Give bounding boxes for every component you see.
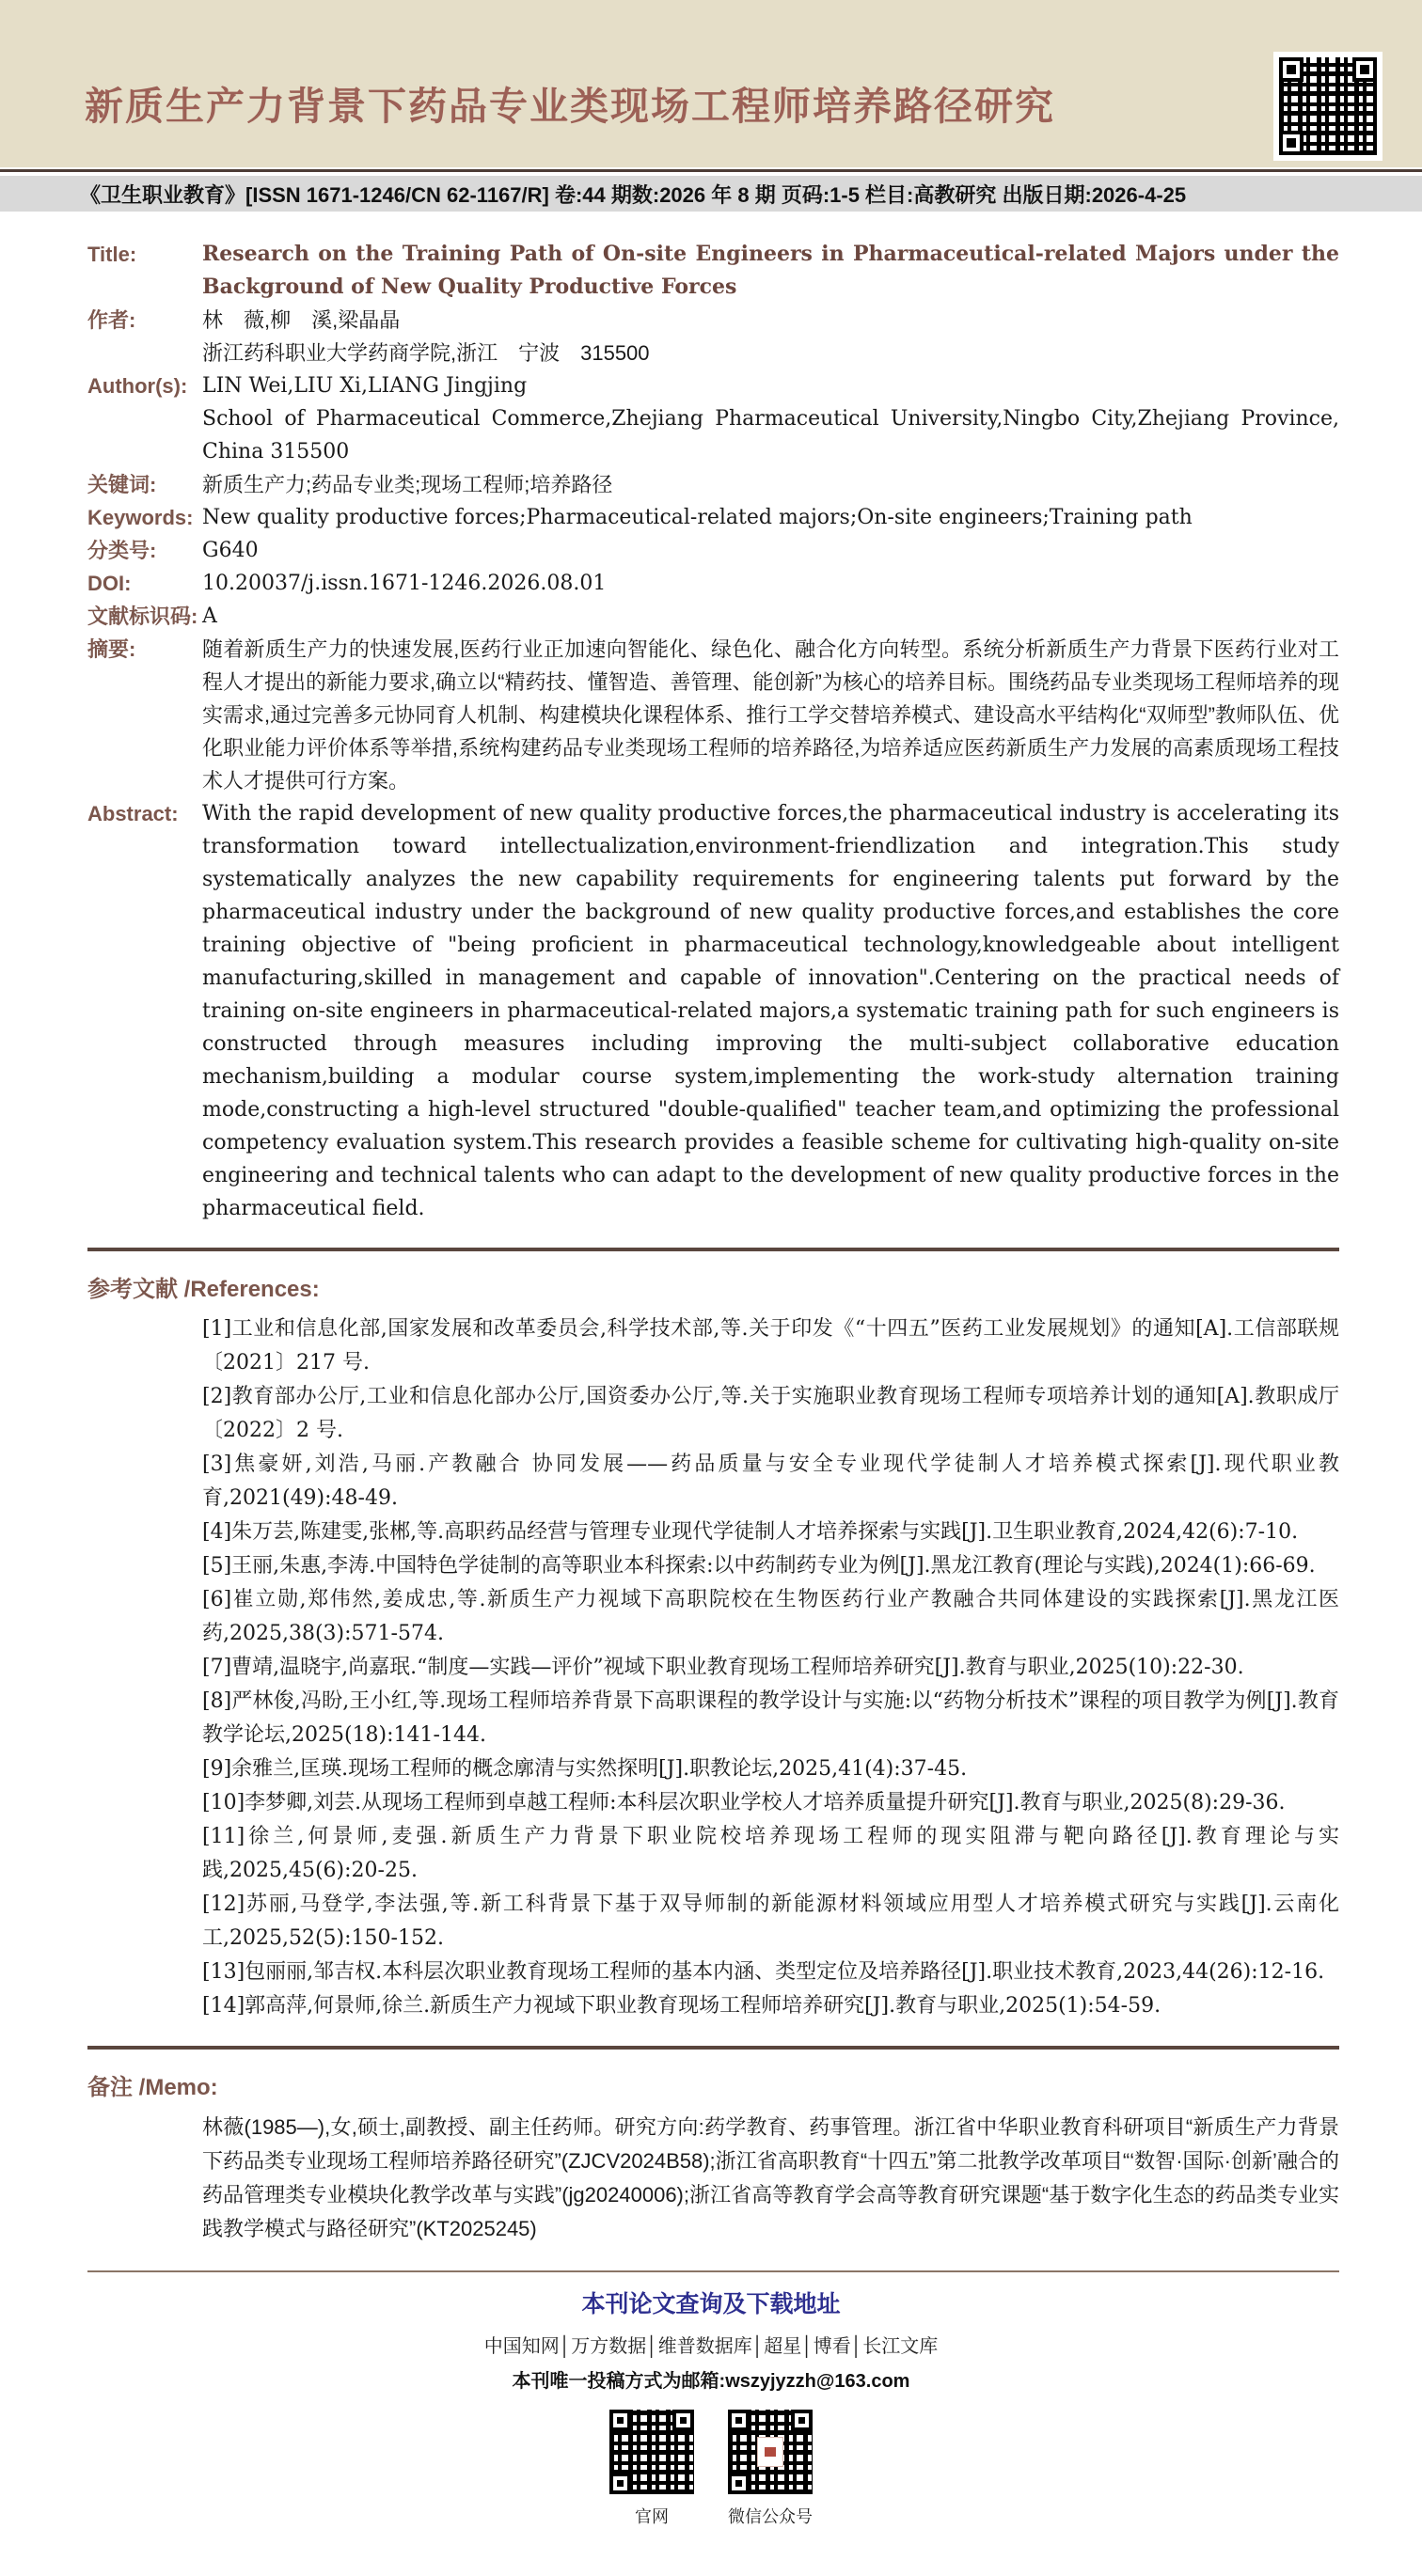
reference-item: [13]包丽丽,邹吉权.本科层次职业教育现场工程师的基本内涵、类型定位及培养路径…	[202, 1956, 1339, 1989]
reference-item: [1]工业和信息化部,国家发展和改革委员会,科学技术部,等.关于印发《“十四五”…	[202, 1312, 1339, 1380]
field-label: Keywords:	[87, 501, 202, 534]
reference-item: [5]王丽,朱惠,李涛.中国特色学徒制的高等职业本科探索:以中药制药专业为例[J…	[202, 1549, 1339, 1583]
masthead-divider	[0, 169, 1422, 172]
meta-row-abstract-en: Abstract: With the rapid development of …	[87, 797, 1339, 1225]
meta-row-authors-en: Author(s): LIN Wei,LIU Xi,LIANG Jingjing…	[87, 369, 1339, 468]
site-qr-block: 官网	[604, 2404, 700, 2528]
affiliation-en: School of Pharmaceutical Commerce,Zhejia…	[202, 402, 1339, 468]
keywords-cn: 新质生产力;药品专业类;现场工程师;培养路径	[202, 468, 1339, 501]
reference-item: [6]崔立勋,郑伟然,姜成忠,等.新质生产力视域下高职院校在生物医药行业产教融合…	[202, 1583, 1339, 1651]
affiliation-cn: 浙江药科职业大学药商学院,浙江 宁波 315500	[202, 337, 1339, 369]
site-qr-code-icon	[604, 2404, 700, 2500]
abstract-en: With the rapid development of new qualit…	[202, 797, 1339, 1225]
reference-item: [12]苏丽,马登学,李法强,等.新工科背景下基于双导师制的新能源材料领域应用型…	[202, 1888, 1339, 1956]
article-info-page: 新质生产力背景下药品专业类现场工程师培养路径研究 《卫生职业教育》[ISSN 1…	[0, 0, 1422, 2576]
abstract-cn: 随着新质生产力的快速发展,医药行业正加速向智能化、绿色化、融合化方向转型。系统分…	[202, 633, 1339, 797]
article-qr-code-icon	[1273, 52, 1382, 161]
reference-item: [14]郭高萍,何景师,徐兰.新质生产力视域下职业教育现场工程师培养研究[J].…	[202, 1989, 1339, 2023]
doi-value: 10.20037/j.issn.1671-1246.2026.08.01	[202, 567, 1339, 600]
field-label: Abstract:	[87, 797, 202, 1225]
site-qr-caption: 官网	[604, 2504, 700, 2528]
wechat-qr-caption: 微信公众号	[722, 2504, 818, 2528]
field-label: 摘要:	[87, 633, 202, 797]
wechat-qr-code-icon	[722, 2404, 818, 2500]
footer-divider	[87, 2270, 1339, 2272]
keywords-en: New quality productive forces;Pharmaceut…	[202, 501, 1339, 534]
memo-heading: 备注 /Memo:	[87, 2068, 1339, 2101]
field-label: 文献标识码:	[87, 600, 202, 633]
footer-title: 本刊论文查询及下载地址	[0, 2285, 1422, 2319]
article-title-en: Research on the Training Path of On-site…	[202, 238, 1339, 304]
meta-row-classification: 分类号: G640	[87, 534, 1339, 567]
meta-row-keywords-en: Keywords: New quality productive forces;…	[87, 501, 1339, 534]
reference-item: [10]李梦卿,刘芸.从现场工程师到卓越工程师:本科层次职业学校人才培养质量提升…	[202, 1786, 1339, 1820]
qr-finder-icon	[728, 2410, 750, 2431]
field-label: DOI:	[87, 567, 202, 600]
meta-row-doi: DOI: 10.20037/j.issn.1671-1246.2026.08.0…	[87, 567, 1339, 600]
qr-finder-icon	[1279, 131, 1303, 155]
qr-finder-icon	[791, 2410, 813, 2431]
reference-item: [11]徐兰,何景师,麦强.新质生产力背景下职业院校培养现场工程师的现实阻滞与靶…	[202, 1820, 1339, 1888]
references-list: [1]工业和信息化部,国家发展和改革委员会,科学技术部,等.关于印发《“十四五”…	[202, 1312, 1339, 2023]
reference-item: [9]余雅兰,匡瑛.现场工程师的概念廓清与实然探明[J].职教论坛,2025,4…	[202, 1752, 1339, 1786]
meta-row-authors-cn: 作者: 林 薇,柳 溪,梁晶晶 浙江药科职业大学药商学院,浙江 宁波 31550…	[87, 304, 1339, 369]
footer-databases: 中国知网│万方数据│维普数据库│超星│博看│长江文库	[0, 2331, 1422, 2358]
qr-finder-icon	[672, 2410, 694, 2431]
field-label: Title:	[87, 238, 202, 304]
meta-row-document-code: 文献标识码: A	[87, 600, 1339, 633]
journal-info-bar: 《卫生职业教育》[ISSN 1671-1246/CN 62-1167/R] 卷:…	[0, 176, 1422, 212]
document-code: A	[202, 600, 1339, 633]
wechat-qr-logo-icon	[757, 2437, 783, 2467]
classification-code: G640	[202, 534, 1339, 567]
field-label: 分类号:	[87, 534, 202, 567]
masthead: 新质生产力背景下药品专业类现场工程师培养路径研究	[0, 0, 1422, 167]
reference-item: [4]朱万芸,陈建雯,张郴,等.高职药品经营与管理专业现代学徒制人才培养探索与实…	[202, 1516, 1339, 1549]
journal-info-text: 《卫生职业教育》[ISSN 1671-1246/CN 62-1167/R] 卷:…	[80, 180, 1186, 209]
reference-item: [2]教育部办公厅,工业和信息化部办公厅,国资委办公厅,等.关于实施职业教育现场…	[202, 1380, 1339, 1448]
journal-footer: 本刊论文查询及下载地址 中国知网│万方数据│维普数据库│超星│博看│长江文库 本…	[0, 2285, 1422, 2528]
memo-text: 林薇(1985—),女,硕士,副教授、副主任药师。研究方向:药学教育、药事管理。…	[202, 2111, 1339, 2246]
article-metadata: Title: Research on the Training Path of …	[0, 212, 1422, 2272]
reference-item: [7]曹靖,温晓宇,尚嘉珉.“制度—实践—评价”视域下职业教育现场工程师培养研究…	[202, 1651, 1339, 1685]
article-title-cn: 新质生产力背景下药品专业类现场工程师培养路径研究	[85, 75, 1055, 131]
qr-finder-icon	[1279, 57, 1303, 82]
reference-item: [8]严林俊,冯盼,王小红,等.现场工程师培养背景下高职课程的教学设计与实施:以…	[202, 1685, 1339, 1752]
meta-row-title: Title: Research on the Training Path of …	[87, 238, 1339, 304]
field-label: 关键词:	[87, 468, 202, 501]
section-divider	[87, 1248, 1339, 1251]
qr-finder-icon	[1352, 57, 1377, 82]
footer-email: 本刊唯一投稿方式为邮箱:wszyjyzzh@163.com	[0, 2365, 1422, 2393]
wechat-qr-block: 微信公众号	[722, 2404, 818, 2528]
references-heading: 参考文献 /References:	[87, 1270, 1339, 1303]
meta-row-abstract-cn: 摘要: 随着新质生产力的快速发展,医药行业正加速向智能化、绿色化、融合化方向转型…	[87, 633, 1339, 797]
qr-finder-icon	[609, 2410, 631, 2431]
footer-qr-row: 官网 微信公众号	[0, 2404, 1422, 2528]
reference-item: [3]焦豪妍,刘浩,马丽.产教融合 协同发展——药品质量与安全专业现代学徒制人才…	[202, 1448, 1339, 1516]
qr-finder-icon	[609, 2473, 631, 2494]
section-divider	[87, 2046, 1339, 2050]
authors-en: LIN Wei,LIU Xi,LIANG Jingjing	[202, 369, 1339, 402]
authors-cn: 林 薇,柳 溪,梁晶晶	[202, 304, 1339, 337]
field-label: 作者:	[87, 304, 202, 369]
qr-finder-icon	[728, 2473, 750, 2494]
meta-row-keywords-cn: 关键词: 新质生产力;药品专业类;现场工程师;培养路径	[87, 468, 1339, 501]
field-label: Author(s):	[87, 369, 202, 468]
